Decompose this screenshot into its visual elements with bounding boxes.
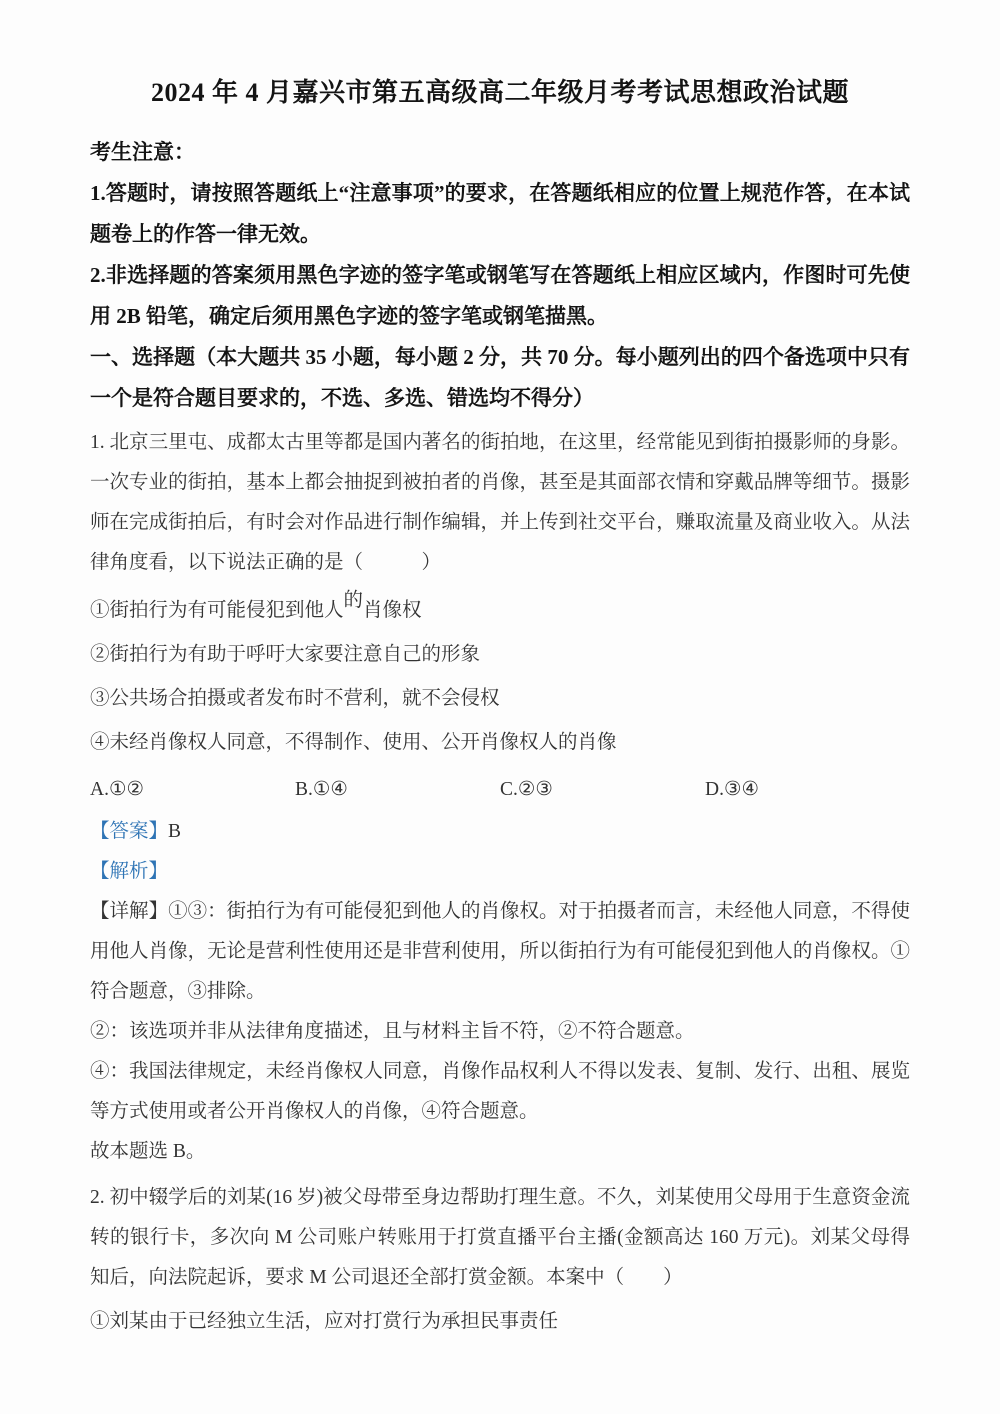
choice-b: B.①④: [295, 770, 500, 810]
detail-paragraph-1: 【详解】①③：街拍行为有可能侵犯到他人的肖像权。对于拍摄者而言，未经他人同意，不…: [90, 892, 910, 1012]
notice-item-2: 2.非选择题的答案须用黑色字迹的签字笔或钢笔写在答题纸上相应区域内，作图时可先使…: [90, 255, 910, 337]
choice-d: D.③④: [705, 770, 910, 810]
notice-item-1: 1.答题时，请按照答题纸上“注意事项”的要求，在答题纸相应的位置上规范作答，在本…: [90, 173, 910, 255]
answer-value: B: [168, 821, 181, 842]
detail-paragraph-3: ④：我国法律规定，未经肖像权人同意，肖像作品权利人不得以发表、复制、发行、出租、…: [90, 1052, 910, 1132]
question-1-statement-2: ②街拍行为有助于呼吁大家要注意自己的形象: [90, 635, 910, 675]
exam-document-page: 2024 年 4 月嘉兴市第五高级高二年级月考考试思想政治试题 考生注意： 1.…: [0, 0, 1000, 1414]
question-1-statement-3: ③公共场合拍摄或者发布时不营利，就不会侵权: [90, 679, 910, 719]
question-1-statement-4: ④未经肖像权人同意，不得制作、使用、公开肖像权人的肖像: [90, 723, 910, 763]
answer-line: 【答案】B: [90, 812, 910, 852]
question-1-statement-1: ①街拍行为有可能侵犯到他人的肖像权: [90, 591, 910, 631]
section-1-heading: 一、选择题（本大题共 35 小题，每小题 2 分，共 70 分。每小题列出的四个…: [90, 337, 910, 419]
question-2-stem: 2. 初中辍学后的刘某(16 岁)被父母带至身边帮助打理生意。不久，刘某使用父母…: [90, 1178, 910, 1298]
notice-heading: 考生注意：: [90, 132, 910, 173]
answer-label: 【答案】: [90, 821, 168, 842]
question-1-statements: ①街拍行为有可能侵犯到他人的肖像权 ②街拍行为有助于呼吁大家要注意自己的形象 ③…: [90, 591, 910, 763]
statement-1-superscript: 的: [344, 581, 364, 621]
question-1-choices: A.①② B.①④ C.②③ D.③④: [90, 770, 910, 810]
statement-1-text: ①街拍行为有可能侵犯到他人: [90, 600, 344, 621]
detail-paragraph-2: ②：该选项并非从法律角度描述，且与材料主旨不符，②不符合题意。: [90, 1012, 910, 1052]
question-2-statement-1: ①刘某由于已经独立生活，应对打赏行为承担民事责任: [90, 1302, 910, 1342]
statement-1-text-end: 肖像权: [363, 600, 422, 621]
question-1-stem: 1. 北京三里屯、成都太古里等都是国内著名的街拍地，在这里，经常能见到街拍摄影师…: [90, 423, 910, 583]
conclusion-line: 故本题选 B。: [90, 1132, 910, 1172]
analysis-label: 【解析】: [90, 852, 910, 892]
exam-title: 2024 年 4 月嘉兴市第五高级高二年级月考考试思想政治试题: [90, 76, 910, 110]
choice-c: C.②③: [500, 770, 705, 810]
choice-a: A.①②: [90, 770, 295, 810]
question-1-answer-block: 【答案】B 【解析】 【详解】①③：街拍行为有可能侵犯到他人的肖像权。对于拍摄者…: [90, 812, 910, 1172]
